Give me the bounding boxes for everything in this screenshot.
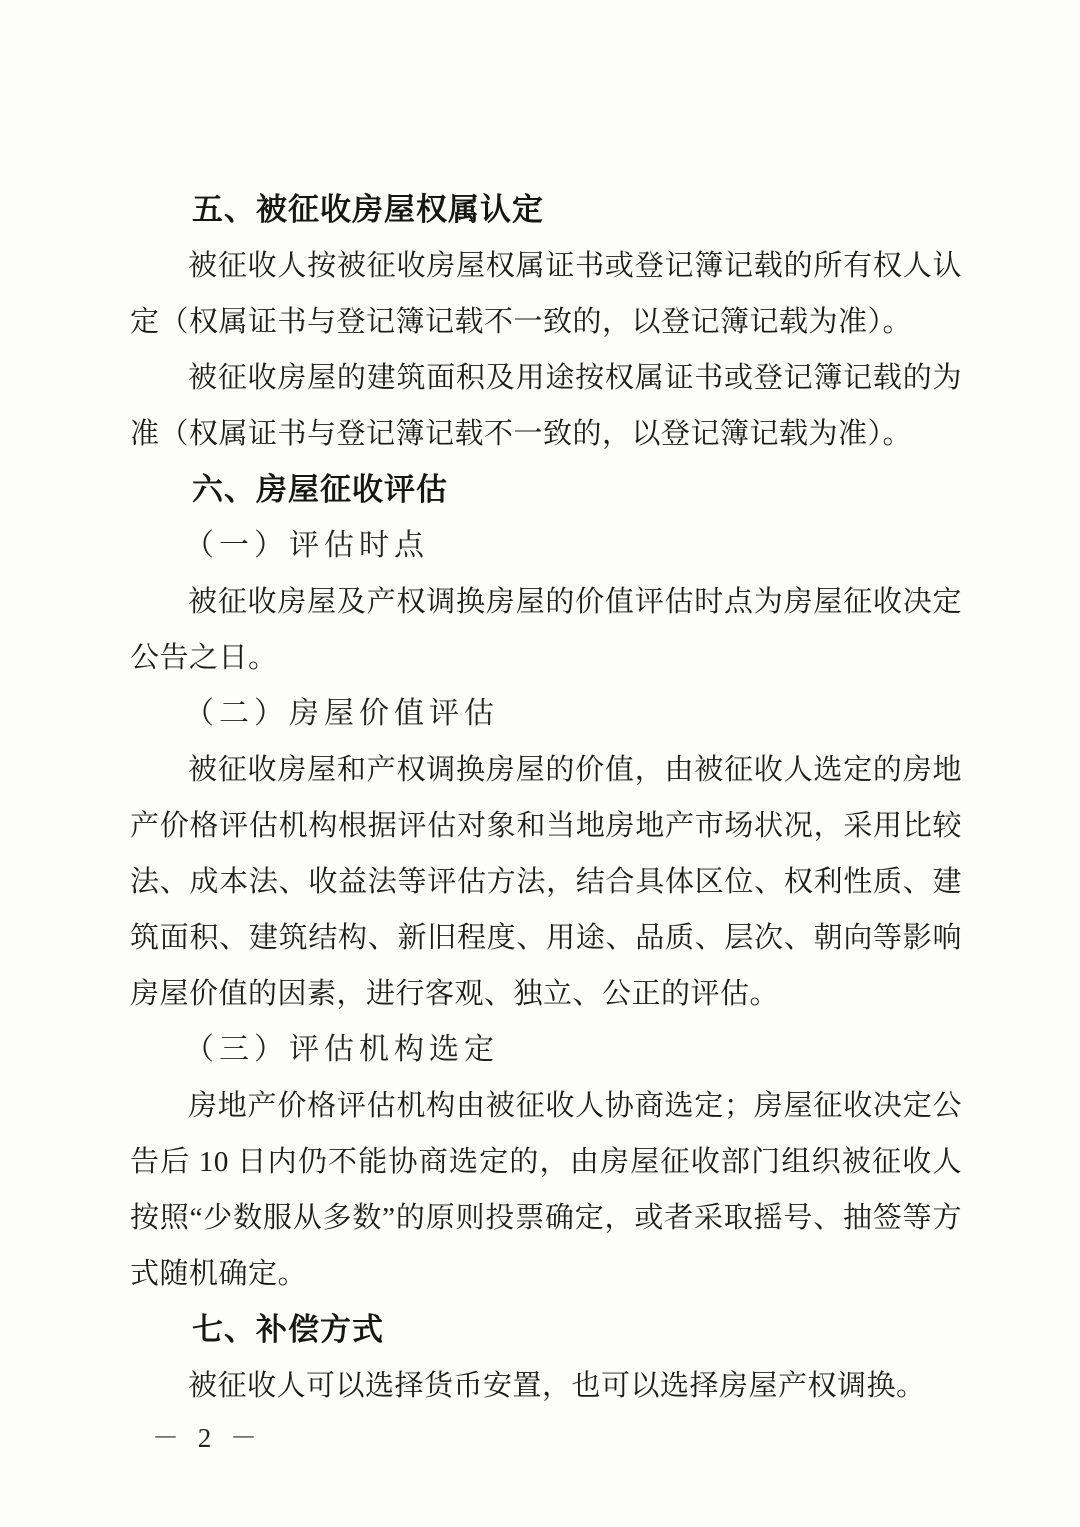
paragraph-appraisal-agency-selection: 房地产价格评估机构由被征收人协商选定；房屋征收决定公告后 10 日内仍不能协商选… — [130, 1078, 962, 1302]
paragraph-area-and-usage: 被征收房屋的建筑面积及用途按权属证书或登记簿记载的为准（权属证书与登记簿记载不一… — [130, 350, 962, 462]
section-heading-7-compensation-method: 七、补偿方式 — [130, 1302, 962, 1358]
section-heading-6-expropriation-appraisal: 六、房屋征收评估 — [130, 462, 962, 518]
paragraph-owner-determination: 被征收人按被征收房屋权属证书或登记簿记载的所有权人认定（权属证书与登记簿记载不一… — [130, 238, 962, 350]
page-number: － 2 － — [152, 1416, 263, 1455]
subheading-1-appraisal-time-point: （一）评估时点 — [130, 518, 962, 574]
paragraph-house-value-appraisal: 被征收房屋和产权调换房屋的价值，由被征收人选定的房地产价格评估机构根据评估对象和… — [130, 742, 962, 1022]
section-heading-5-ownership-determination: 五、被征收房屋权属认定 — [130, 182, 962, 238]
document-body: 五、被征收房屋权属认定 被征收人按被征收房屋权属证书或登记簿记载的所有权人认定（… — [130, 182, 962, 1414]
paragraph-compensation-method: 被征收人可以选择货币安置，也可以选择房屋产权调换。 — [130, 1358, 962, 1414]
document-page: 五、被征收房屋权属认定 被征收人按被征收房屋权属证书或登记簿记载的所有权人认定（… — [0, 0, 1080, 1527]
subheading-3-appraisal-agency-selection: （三）评估机构选定 — [130, 1022, 962, 1078]
paragraph-appraisal-time-point: 被征收房屋及产权调换房屋的价值评估时点为房屋征收决定公告之日。 — [130, 574, 962, 686]
subheading-2-house-value-appraisal: （二）房屋价值评估 — [130, 686, 962, 742]
